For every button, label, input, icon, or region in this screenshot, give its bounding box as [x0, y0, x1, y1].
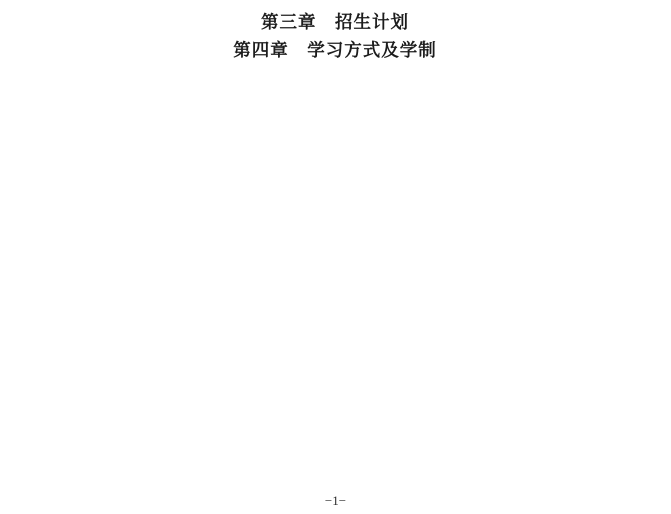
document-body: 第三章 招生计划第四章 学习方式及学制	[12, 10, 658, 63]
page-number: −1−	[0, 494, 671, 508]
chapter-heading: 第三章 招生计划	[12, 10, 658, 35]
chapter-heading: 第四章 学习方式及学制	[12, 38, 658, 63]
document-page: 第三章 招生计划第四章 学习方式及学制 −1−	[0, 0, 671, 514]
